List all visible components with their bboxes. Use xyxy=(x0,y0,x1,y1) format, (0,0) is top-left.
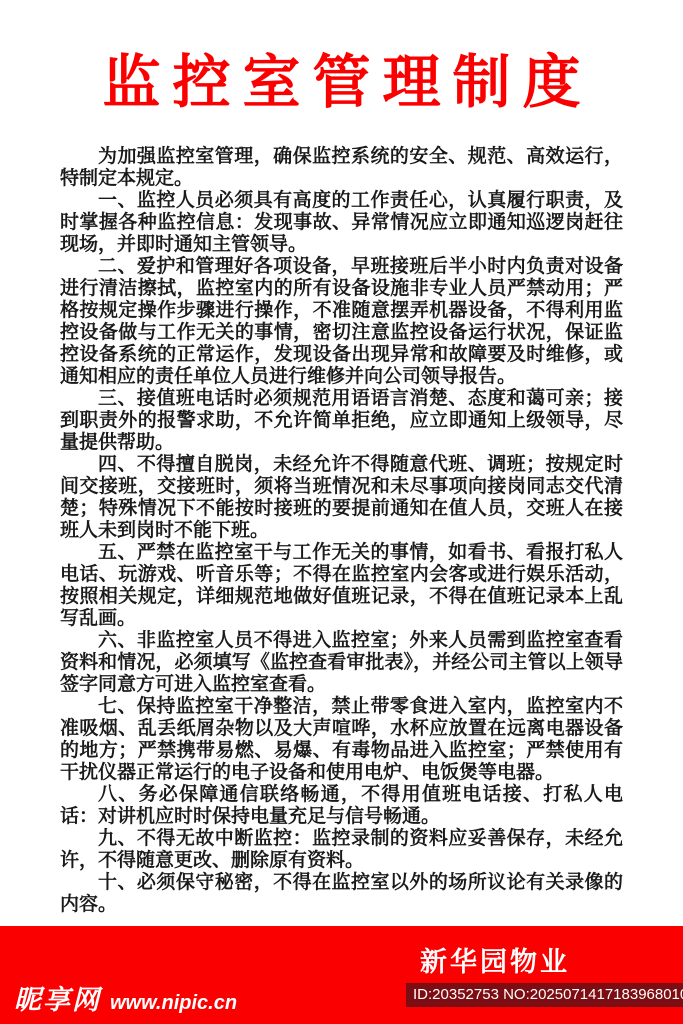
rule-paragraph-2: 二、爱护和管理好各项设备，早班接班后半小时内负责对设备进行清洁擦拭，监控室内的所… xyxy=(60,256,623,388)
rule-paragraph-4: 四、不得擅自脱岗，未经允许不得随意代班、调班；按规定时间交接班，交接班时，须将当… xyxy=(60,454,623,542)
company-name: 新华园物业 xyxy=(420,940,570,979)
page-title: 监控室管理制度 xyxy=(0,50,683,117)
intro-paragraph: 为加强监控室管理，确保监控系统的安全、规范、高效运行，特制定本规定。 xyxy=(60,146,623,190)
watermark-url: www.nipic.cn xyxy=(110,992,237,1015)
rule-paragraph-8: 八、务必保障通信联络畅通，不得用值班电话接、打私人电话：对讲机应时时保持电量充足… xyxy=(60,784,623,828)
rule-paragraph-1: 一、监控人员必须具有高度的工作责任心，认真履行职责，及时掌握各种监控信息：发现事… xyxy=(60,190,623,256)
rule-paragraph-5: 五、严禁在监控室干与工作无关的事情，如看书、看报打私人电话、玩游戏、听音乐等；不… xyxy=(60,542,623,630)
footer-band: 新华园物业 昵享网 www.nipic.cn ID:20352753 NO:20… xyxy=(0,926,683,1024)
poster-page: 监控室管理制度 为加强监控室管理，确保监控系统的安全、规范、高效运行，特制定本规… xyxy=(0,0,683,1024)
rule-paragraph-3: 三、接值班电话时必须规范用语语言消楚、态度和蔼可亲；接到职责外的报警求助，不允许… xyxy=(60,388,623,454)
rule-paragraph-10: 十、必须保守秘密，不得在监控室以外的场所议论有关录像的内容。 xyxy=(60,872,623,916)
watermark: 昵享网 www.nipic.cn xyxy=(14,978,237,1017)
rule-paragraph-9: 九、不得无故中断监控：监控录制的资料应妥善保存，未经允许，不得随意更改、删除原有… xyxy=(60,828,623,872)
document-body: 为加强监控室管理，确保监控系统的安全、规范、高效运行，特制定本规定。 一、监控人… xyxy=(60,146,623,916)
rule-paragraph-7: 七、保持监控室干净整洁，禁止带零食进入室内，监控室内不准吸烟、乱丢纸屑杂物以及大… xyxy=(60,696,623,784)
rule-paragraph-6: 六、非监控室人员不得进入监控室；外来人员需到监控室查看资料和情况，必须填写《监控… xyxy=(60,630,623,696)
watermark-site-logo: 昵享网 xyxy=(14,978,101,1017)
image-id-badge: ID:20352753 NO:20250714171839680104 xyxy=(406,983,683,1007)
